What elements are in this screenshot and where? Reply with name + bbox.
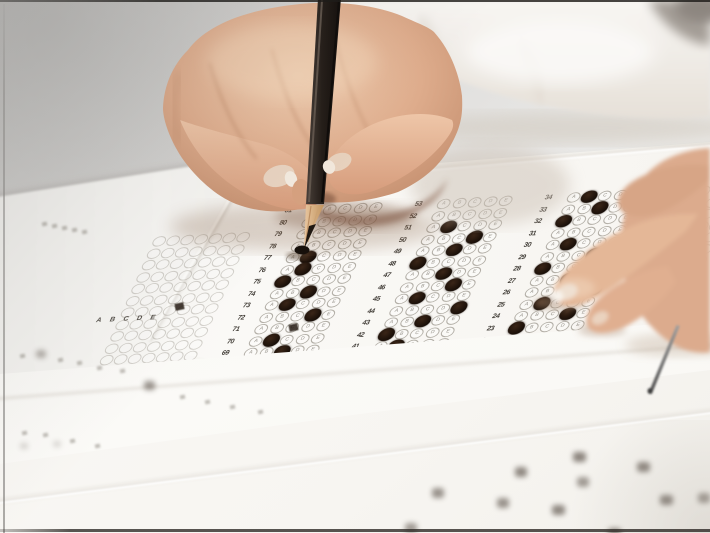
photo-answer-sheet-scene: 81ABCDE80ABCDE79ABCDE78ABCDE77ABCDE76ABC… <box>0 0 710 533</box>
bubble-being-marked <box>295 246 310 255</box>
photo-left-border <box>3 4 5 533</box>
hands-and-pencil <box>0 0 710 533</box>
knuckle-highlight <box>207 24 377 100</box>
photo-bottom-border <box>0 529 710 532</box>
photo-top-border <box>0 0 710 2</box>
